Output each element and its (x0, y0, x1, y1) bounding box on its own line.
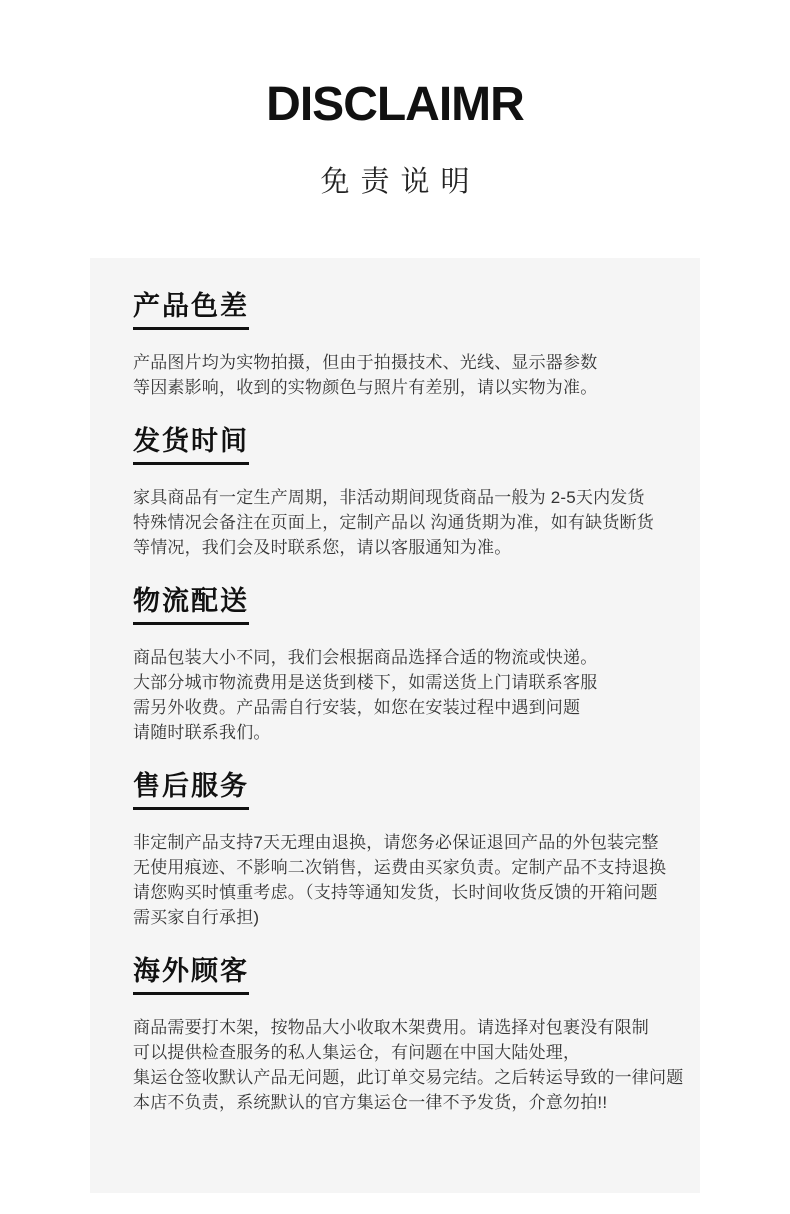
body-line: 需买家自行承担) (133, 905, 663, 930)
body-line: 集运仓签收默认产品无问题，此订单交易完结。之后转运导致的一律问题 (133, 1065, 663, 1090)
section-heading: 售后服务 (133, 773, 249, 810)
disclaimer-section: 物流配送 商品包装大小不同，我们会根据商品选择合适的物流或快递。大部分城市物流费… (133, 588, 663, 745)
body-line: 等情况，我们会及时联系您，请以客服通知为准。 (133, 535, 663, 560)
disclaimer-section: 发货时间 家具商品有一定生产周期，非活动期间现货商品一般为 2-5天内发货特殊情… (133, 428, 663, 560)
body-line: 商品需要打木架，按物品大小收取木架费用。请选择对包裹没有限制 (133, 1015, 663, 1040)
page-header: DISCLAIMR 免责说明 (0, 0, 790, 200)
section-heading: 海外顾客 (133, 958, 249, 995)
section-heading: 物流配送 (133, 588, 249, 625)
body-line: 特殊情况会备注在页面上，定制产品以 沟通货期为准，如有缺货断货 (133, 510, 663, 535)
section-body: 非定制产品支持7天无理由退换，请您务必保证退回产品的外包装完整无使用痕迹、不影响… (133, 830, 663, 930)
body-line: 无使用痕迹、不影响二次销售，运费由买家负责。定制产品不支持退换 (133, 855, 663, 880)
body-line: 商品包装大小不同，我们会根据商品选择合适的物流或快递。 (133, 645, 663, 670)
body-line: 等因素影响，收到的实物颜色与照片有差别，请以实物为准。 (133, 375, 663, 400)
disclaimer-section: 海外顾客 商品需要打木架，按物品大小收取木架费用。请选择对包裹没有限制可以提供检… (133, 958, 663, 1115)
section-body: 家具商品有一定生产周期，非活动期间现货商品一般为 2-5天内发货特殊情况会备注在… (133, 485, 663, 560)
disclaimer-panel: 产品色差 产品图片均为实物拍摄，但由于拍摄技术、光线、显示器参数等因素影响，收到… (90, 258, 700, 1193)
disclaimer-section: 售后服务 非定制产品支持7天无理由退换，请您务必保证退回产品的外包装完整无使用痕… (133, 773, 663, 930)
body-line: 本店不负责，系统默认的官方集运仓一律不予发货，介意勿拍!! (133, 1090, 663, 1115)
body-line: 请您购买时慎重考虑。（支持等通知发货，长时间收货反馈的开箱问题 (133, 880, 663, 905)
body-line: 需另外收费。产品需自行安装，如您在安装过程中遇到问题 (133, 695, 663, 720)
body-line: 可以提供检查服务的私人集运仓，有问题在中国大陆处理， (133, 1040, 663, 1065)
body-line: 家具商品有一定生产周期，非活动期间现货商品一般为 2-5天内发货 (133, 485, 663, 510)
body-line: 大部分城市物流费用是送货到楼下，如需送货上门请联系客服 (133, 670, 663, 695)
section-body: 商品需要打木架，按物品大小收取木架费用。请选择对包裹没有限制可以提供检查服务的私… (133, 1015, 663, 1115)
section-body: 产品图片均为实物拍摄，但由于拍摄技术、光线、显示器参数等因素影响，收到的实物颜色… (133, 350, 663, 400)
body-line: 非定制产品支持7天无理由退换，请您务必保证退回产品的外包装完整 (133, 830, 663, 855)
page-title: DISCLAIMR (0, 78, 790, 131)
page-subtitle: 免责说明 (0, 165, 790, 200)
section-body: 商品包装大小不同，我们会根据商品选择合适的物流或快递。大部分城市物流费用是送货到… (133, 645, 663, 745)
body-line: 请随时联系我们。 (133, 720, 663, 745)
disclaimer-section: 产品色差 产品图片均为实物拍摄，但由于拍摄技术、光线、显示器参数等因素影响，收到… (133, 293, 663, 400)
section-heading: 发货时间 (133, 428, 249, 465)
section-heading: 产品色差 (133, 293, 249, 330)
body-line: 产品图片均为实物拍摄，但由于拍摄技术、光线、显示器参数 (133, 350, 663, 375)
